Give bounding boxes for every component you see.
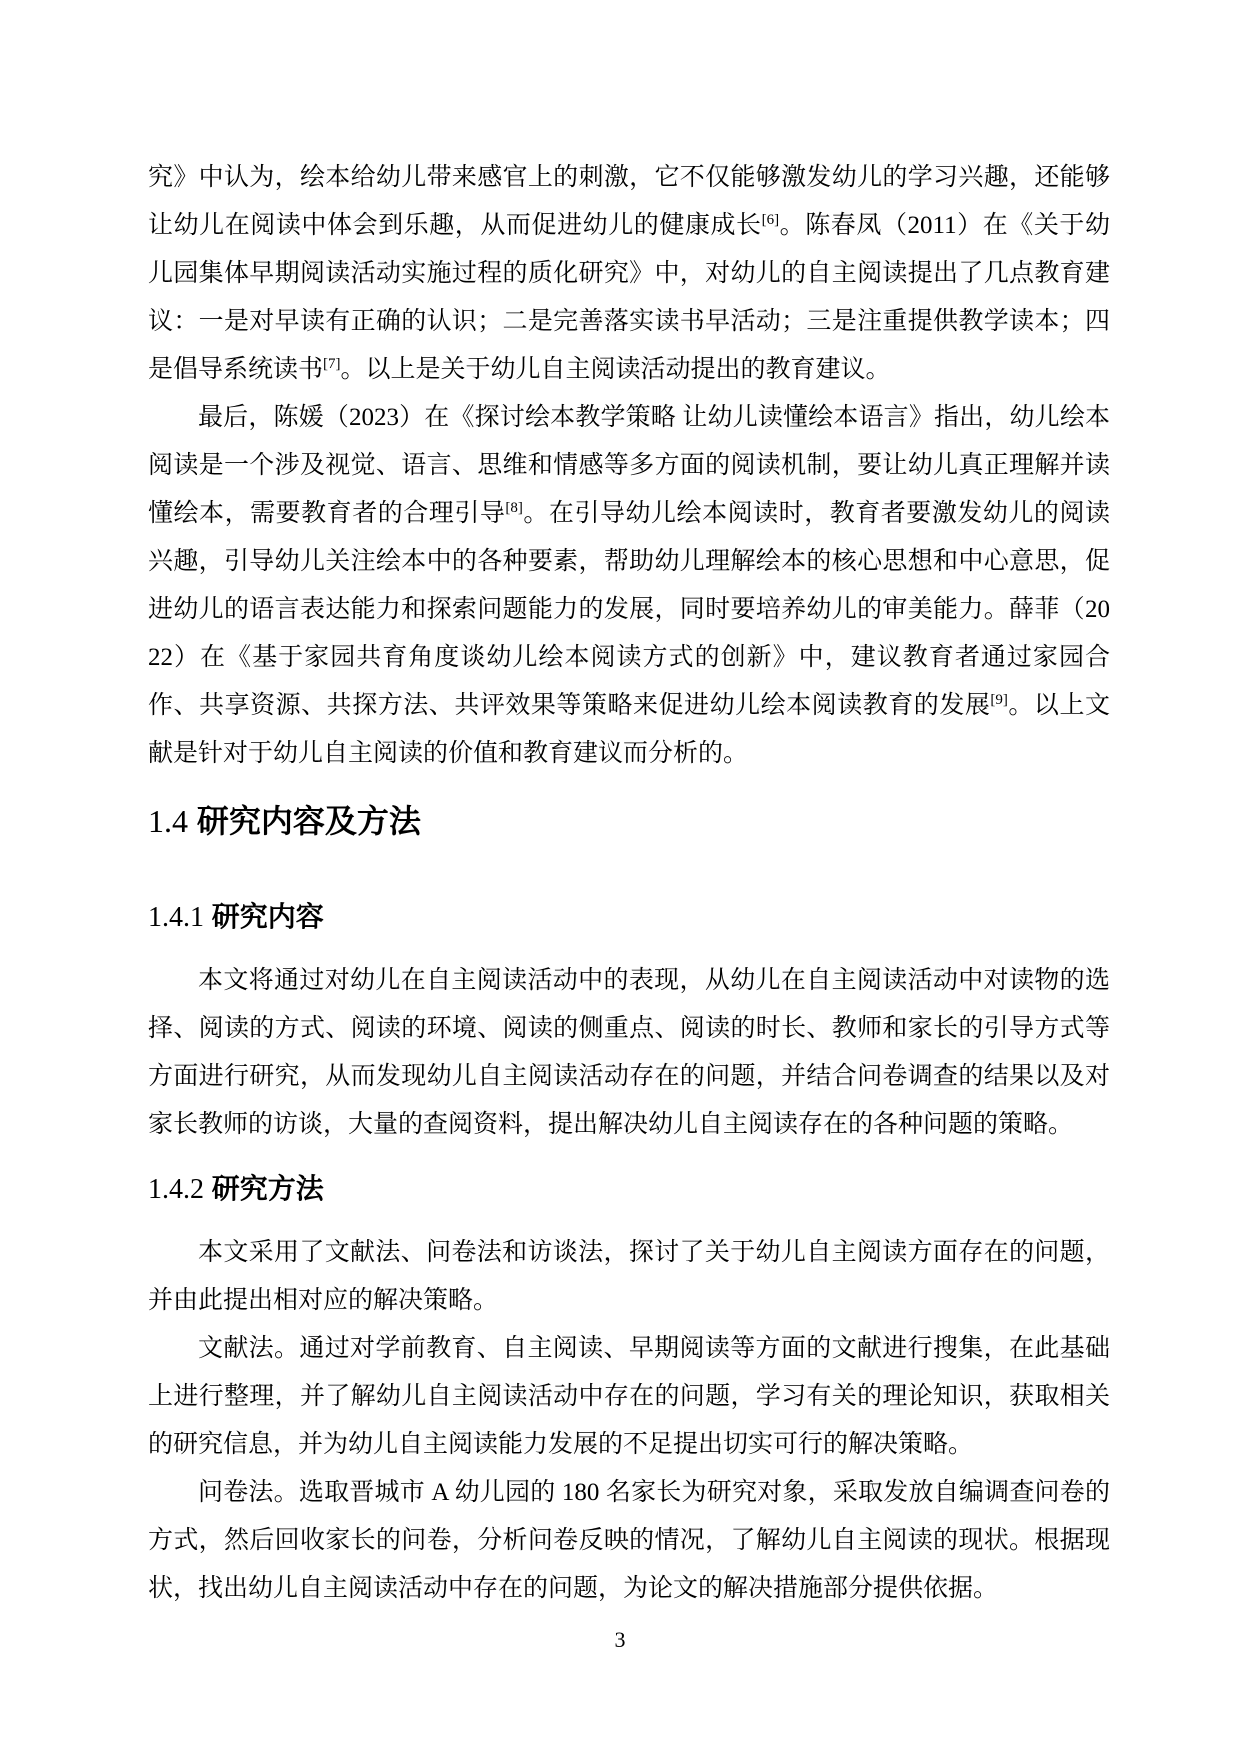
- heading-number: 1.4.1: [148, 902, 204, 933]
- paragraph-9: 问卷法。选取晋城市 A 幼儿园的 180 名家长为研究对象，采取发放自编调查问卷…: [148, 1469, 1110, 1613]
- paragraph-7: 本文采用了文献法、问卷法和访谈法，探讨了关于幼儿自主阅读方面存在的问题，并由此提…: [148, 1229, 1110, 1325]
- citation-ref: [9]: [990, 692, 1008, 708]
- text-run: 本文采用了文献法、问卷法和访谈法，探讨了关于幼儿自主阅读方面存在的问题，并由此提…: [148, 1239, 1110, 1314]
- page-number: 3: [615, 1627, 626, 1652]
- text-run: 。在引导幼儿绘本阅读时，教育者要激发幼儿的阅读兴趣，引导幼儿关注绘本中的各种要素…: [148, 500, 1110, 719]
- citation-ref: [7]: [323, 356, 341, 372]
- heading-text: 研究方法: [212, 1173, 324, 1204]
- heading-text: 研究内容及方法: [197, 803, 421, 839]
- citation-ref: [8]: [505, 500, 523, 516]
- text-run: 文献法。通过对学前教育、自主阅读、早期阅读等方面的文献进行搜集，在此基础上进行整…: [148, 1335, 1110, 1458]
- document-page: 究》中认为，绘本给幼儿带来感官上的刺激，它不仅能够激发幼儿的学习兴趣，还能够让幼…: [0, 0, 1240, 1754]
- text-run: 本文将通过对幼儿在自主阅读活动中的表现，从幼儿在自主阅读活动中对读物的选择、阅读…: [148, 967, 1110, 1138]
- heading-number: 1.4: [148, 803, 188, 839]
- text-run: 。以上是关于幼儿自主阅读活动提出的教育建议。: [341, 356, 891, 383]
- page-footer: 3: [0, 1622, 1240, 1658]
- heading-1-4-2: 1.4.2 研究方法: [148, 1171, 1110, 1208]
- document-body: 究》中认为，绘本给幼儿带来感官上的刺激，它不仅能够激发幼儿的学习兴趣，还能够让幼…: [148, 154, 1110, 1613]
- text-run: 问卷法。选取晋城市 A 幼儿园的 180 名家长为研究对象，采取发放自编调查问卷…: [148, 1479, 1110, 1602]
- paragraph-1: 究》中认为，绘本给幼儿带来感官上的刺激，它不仅能够激发幼儿的学习兴趣，还能够让幼…: [148, 154, 1110, 394]
- heading-text: 研究内容: [212, 901, 324, 932]
- paragraph-8: 文献法。通过对学前教育、自主阅读、早期阅读等方面的文献进行搜集，在此基础上进行整…: [148, 1325, 1110, 1469]
- heading-1-4-1: 1.4.1 研究内容: [148, 899, 1110, 936]
- paragraph-5: 本文将通过对幼儿在自主阅读活动中的表现，从幼儿在自主阅读活动中对读物的选择、阅读…: [148, 957, 1110, 1149]
- citation-ref: [6]: [762, 212, 780, 228]
- heading-1-4: 1.4 研究内容及方法: [148, 800, 1110, 842]
- paragraph-2: 最后，陈媛（2023）在《探讨绘本教学策略 让幼儿读懂绘本语言》指出，幼儿绘本阅…: [148, 394, 1110, 778]
- heading-number: 1.4.2: [148, 1174, 204, 1205]
